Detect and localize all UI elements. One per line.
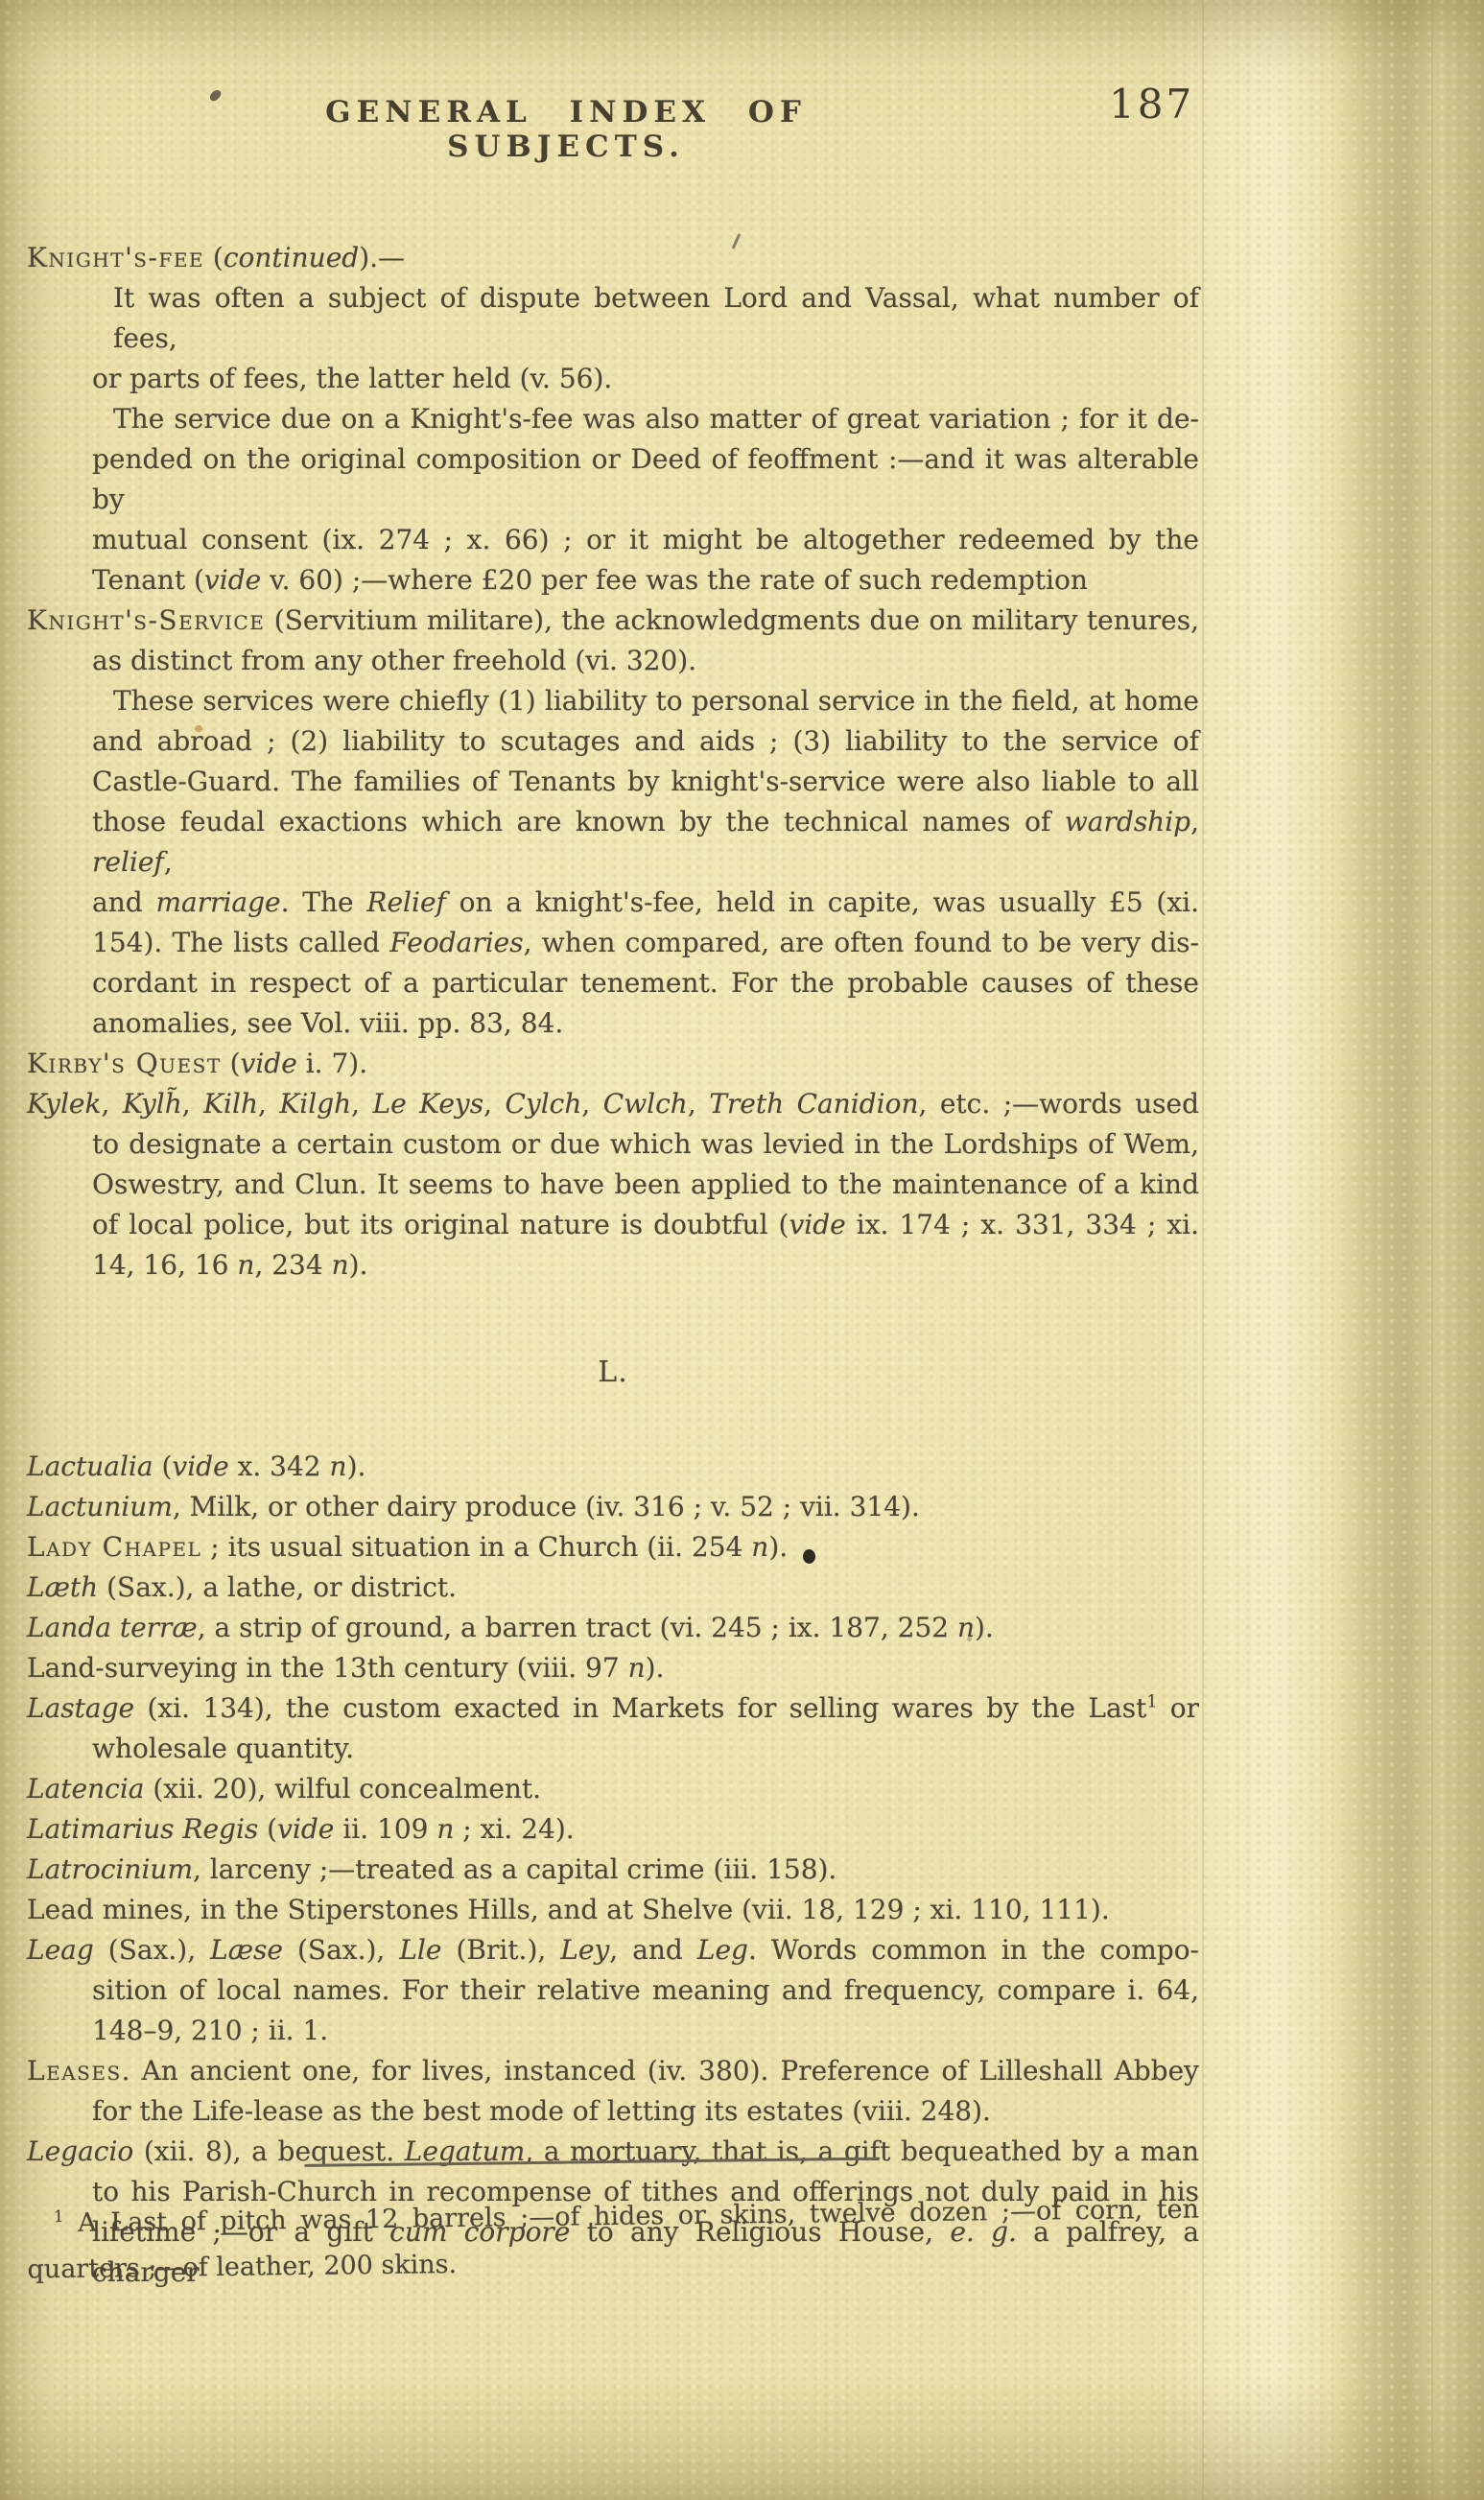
index-line: Land-surveying in the 13th century (viii… <box>27 1648 1199 1688</box>
index-line: Tenant (vide v. 60) ;—where £20 per fee … <box>27 560 1199 601</box>
text-segment: i. 7). <box>297 1048 367 1079</box>
text-segment: (xii. 20), wilful concealment. <box>144 1773 541 1804</box>
text-segment: , when compared, are often found to be v… <box>524 927 1199 958</box>
index-line: of local police, but its original nature… <box>27 1205 1199 1245</box>
text-segment: anomalies, see Vol. viii. pp. 83, 84. <box>92 1007 563 1039</box>
index-line: Latencia (xii. 20), wilful concealment. <box>27 1769 1199 1809</box>
text-segment: (xii. 8), a bequest. <box>133 2135 404 2167</box>
index-line: or parts of fees, the latter held (v. 56… <box>27 359 1199 399</box>
italic-text-segment: Cylch <box>505 1088 581 1120</box>
text-segment: , <box>101 1088 122 1120</box>
text-segment: mutual consent (ix. 274 ; x. 66) ; or it… <box>92 524 1199 555</box>
text-segment: Lead mines, in the Stiperstones Hills, a… <box>27 1894 1110 1925</box>
italic-text-segment: Kylh̃ <box>123 1088 182 1120</box>
index-line: cordant in respect of a particular tenem… <box>27 963 1199 1003</box>
text-segment: ( <box>204 242 224 273</box>
text-segment: ix. 174 ; x. 331, 334 ; xi. <box>846 1209 1199 1240</box>
text-segment: to designate a certain custom or due whi… <box>92 1128 1199 1160</box>
italic-text-segment: wardship <box>1065 806 1190 837</box>
text-segment: (Sax.), <box>94 1934 210 1966</box>
text-segment: It was often a subject of dispute betwee… <box>113 282 1199 354</box>
text-segment: or parts of fees, the latter held (v. 56… <box>92 363 612 394</box>
text-segment: ( <box>258 1813 277 1845</box>
page-number: 187 <box>1109 81 1194 128</box>
smallcaps-term-segment: Knight's-Service <box>27 604 265 636</box>
index-line: Leag (Sax.), Læse (Sax.), Lle (Brit.), L… <box>27 1930 1199 1970</box>
text-segment: , Milk, or other dairy produce (iv. 316 … <box>173 1491 920 1522</box>
index-line: and abroad ; (2) liability to scutages a… <box>27 721 1199 762</box>
text-segment: L. <box>598 1356 627 1389</box>
section-heading: L. <box>27 1353 1199 1393</box>
index-line: Læth (Sax.), a lathe, or district. <box>27 1568 1199 1608</box>
italic-text-segment: vide <box>277 1813 334 1845</box>
italic-text-segment: Lastage <box>27 1692 134 1724</box>
text-segment: ). <box>768 1531 788 1563</box>
italic-text-segment: vide <box>172 1450 228 1482</box>
index-line: Kirby's Quest (vide i. 7). <box>27 1044 1199 1084</box>
text-segment: , larceny ;—treated as a capital crime (… <box>193 1853 836 1885</box>
text-segment: Land-surveying in the 13th century (viii… <box>27 1652 628 1684</box>
italic-text-segment: Læth <box>27 1571 98 1603</box>
italic-text-segment: Lle <box>399 1934 441 1966</box>
text-segment: , <box>1190 806 1199 837</box>
text-segment: those feudal exactions which are known b… <box>92 806 1065 837</box>
italic-text-segment: n <box>751 1531 768 1563</box>
text-segment: , <box>351 1088 372 1120</box>
index-line: It was often a subject of dispute betwee… <box>27 278 1199 359</box>
ink-blob <box>803 1549 815 1564</box>
italic-text-segment: Le Keys <box>373 1088 484 1120</box>
italic-text-segment: n <box>436 1813 454 1845</box>
index-line: anomalies, see Vol. viii. pp. 83, 84. <box>27 1003 1199 1044</box>
index-text-block: Knight's-fee (continued).—It was often a… <box>27 238 1199 2293</box>
index-line: mutual consent (ix. 274 ; x. 66) ; or it… <box>27 520 1199 560</box>
index-line: The service due on a Knight's-fee was al… <box>27 399 1199 439</box>
text-segment: . Words common in the compo- <box>748 1934 1199 1966</box>
italic-text-segment: relief <box>92 846 164 878</box>
page-fold-crease <box>1202 0 1204 2500</box>
text-segment: Castle-Guard. The families of Tenants by… <box>92 766 1199 797</box>
text-segment: A Last of pitch was 12 barrels ;—of hide… <box>63 2195 1199 2238</box>
footnote-reference-mark: 1 <box>54 2206 64 2226</box>
index-line: Landa terræ, a strip of ground, a barren… <box>27 1608 1199 1648</box>
text-segment: (Sax.), a lathe, or district. <box>98 1571 457 1603</box>
text-segment: , a strip of ground, a barren tract (vi.… <box>198 1612 957 1643</box>
index-line: Knight's-Service (Servitium militare), t… <box>27 601 1199 641</box>
text-segment: , 234 <box>254 1249 331 1281</box>
text-segment: ). <box>975 1612 994 1643</box>
text-segment: , <box>182 1088 203 1120</box>
italic-text-segment: vide <box>241 1048 297 1079</box>
italic-text-segment: Latencia <box>27 1773 144 1804</box>
index-line: Oswestry, and Clun. It seems to have bee… <box>27 1165 1199 1205</box>
footnote: 1 A Last of pitch was 12 barrels ;—of hi… <box>26 2154 1200 2294</box>
italic-text-segment: Leg <box>697 1934 748 1966</box>
text-segment: as distinct from any other freehold (vi.… <box>92 645 696 676</box>
index-line: 154). The lists called Feodaries, when c… <box>27 923 1199 963</box>
text-segment: on a knight's-fee, held in capite, was u… <box>446 886 1199 918</box>
index-line: to designate a certain custom or due whi… <box>27 1124 1199 1165</box>
smallcaps-term-segment: Knight's-fee <box>27 242 204 273</box>
index-line: sition of local names. For their relativ… <box>27 1970 1199 2011</box>
index-line: 14, 16, 16 n, 234 n). <box>27 1245 1199 1285</box>
index-line: Lady Chapel ; its usual situation in a C… <box>27 1527 1199 1568</box>
text-segment: (Brit.), <box>441 1934 560 1966</box>
text-segment: These services were chiefly (1) liabilit… <box>113 685 1199 717</box>
index-line: Latrocinium, larceny ;—treated as a capi… <box>27 1850 1199 1890</box>
italic-text-segment: Kilgh <box>279 1088 351 1120</box>
index-line: 148–9, 210 ; ii. 1. <box>27 2011 1199 2051</box>
text-segment: , <box>483 1088 505 1120</box>
footnote-lines: 1 A Last of pitch was 12 barrels ;—of hi… <box>27 2187 1200 2294</box>
text-segment: , <box>164 846 173 878</box>
italic-text-segment: Cwlch <box>603 1088 688 1120</box>
italic-text-segment: Kylek <box>27 1088 101 1120</box>
ink-speck <box>208 88 223 104</box>
text-segment: (Sax.), <box>283 1934 399 1966</box>
index-line: Knight's-fee (continued).— <box>27 238 1199 278</box>
text-segment: , <box>581 1088 602 1120</box>
text-segment: ). <box>646 1652 665 1684</box>
text-segment: and abroad ; (2) liability to scutages a… <box>92 725 1199 757</box>
text-segment: wholesale quantity. <box>92 1733 354 1764</box>
text-segment: cordant in respect of a particular tenem… <box>92 967 1199 999</box>
smallcaps-term-segment: Kirby's Quest <box>27 1048 222 1079</box>
italic-text-segment: n <box>237 1249 254 1281</box>
italic-text-segment: marriage <box>155 886 280 918</box>
italic-text-segment: Lactunium <box>27 1491 173 1522</box>
italic-text-segment: vide <box>204 564 261 596</box>
footnote-reference-mark: 1 <box>1146 1693 1157 1712</box>
index-line: pended on the original composition or De… <box>27 439 1199 520</box>
text-segment: for the Life-lease as the best mode of l… <box>92 2095 991 2127</box>
text-segment: ( <box>153 1450 173 1482</box>
italic-text-segment: Treth Canidion <box>709 1088 918 1120</box>
index-line: These services were chiefly (1) liabilit… <box>27 681 1199 721</box>
italic-text-segment: Feodaries <box>389 927 523 958</box>
text-segment: and <box>92 886 155 918</box>
index-line: Latimarius Regis (vide ii. 109 n ; xi. 2… <box>27 1809 1199 1850</box>
smallcaps-term-segment: Leases <box>27 2055 122 2087</box>
text-segment: sition of local names. For their relativ… <box>92 1974 1199 2006</box>
text-segment: . The <box>281 886 367 918</box>
text-segment: ; xi. 24). <box>454 1813 574 1845</box>
italic-text-segment: Relief <box>366 886 446 918</box>
text-segment: v. 60) ;—where £20 per fee was the rate … <box>261 564 1088 596</box>
text-segment: x. 342 <box>229 1450 330 1482</box>
italic-text-segment: continued <box>224 242 359 273</box>
text-segment: 154). The lists called <box>92 927 389 958</box>
italic-text-segment: n <box>628 1652 646 1684</box>
italic-text-segment: n <box>332 1249 349 1281</box>
italic-text-segment: Læse <box>210 1934 283 1966</box>
index-line: for the Life-lease as the best mode of l… <box>27 2091 1199 2132</box>
text-segment: , <box>258 1088 279 1120</box>
page-fold-crease <box>1431 0 1433 2500</box>
italic-text-segment: Latrocinium <box>27 1853 193 1885</box>
italic-text-segment: Landa terræ <box>27 1612 198 1643</box>
italic-text-segment: Latimarius Regis <box>27 1813 258 1845</box>
index-line: as distinct from any other freehold (vi.… <box>27 641 1199 681</box>
text-segment: ii. 109 <box>334 1813 436 1845</box>
index-line: Lactualia (vide x. 342 n). <box>27 1447 1199 1487</box>
text-segment: Tenant ( <box>92 564 204 596</box>
text-segment: 14, 16, 16 <box>92 1249 237 1281</box>
smallcaps-term-segment: Lady Chapel <box>27 1531 201 1563</box>
text-segment: or <box>1157 1692 1199 1724</box>
index-line: Leases. An ancient one, for lives, insta… <box>27 2051 1199 2091</box>
text-segment: , and <box>609 1934 697 1966</box>
text-segment: Oswestry, and Clun. It seems to have bee… <box>92 1168 1199 1200</box>
italic-text-segment: Ley <box>560 1934 609 1966</box>
italic-text-segment: n <box>330 1450 347 1482</box>
text-segment: quarters ;—of leather, 200 skins. <box>27 2250 457 2284</box>
text-segment: The service due on a Knight's-fee was al… <box>113 403 1199 435</box>
text-segment: of local police, but its original nature… <box>92 1209 789 1240</box>
index-line: wholesale quantity. <box>27 1729 1199 1769</box>
index-line: Lead mines, in the Stiperstones Hills, a… <box>27 1890 1199 1930</box>
index-line: Lastage (xi. 134), the custom exacted in… <box>27 1688 1199 1729</box>
text-segment: . An ancient one, for lives, instanced (… <box>122 2055 1199 2087</box>
index-line: Kylek, Kylh̃, Kilh, Kilgh, Le Keys, Cylc… <box>27 1084 1199 1124</box>
index-line: and marriage. The Relief on a knight's-f… <box>27 883 1199 923</box>
text-segment: 148–9, 210 ; ii. 1. <box>92 2015 328 2046</box>
italic-text-segment: vide <box>789 1209 845 1240</box>
text-segment: ( <box>222 1048 241 1079</box>
text-segment: ). <box>347 1450 366 1482</box>
italic-text-segment: Leag <box>27 1934 94 1966</box>
text-segment: , etc. ;—words used <box>918 1088 1199 1120</box>
book-page: GENERAL INDEX OF SUBJECTS. 187 Knight's-… <box>0 0 1484 2500</box>
text-segment: pended on the original composition or De… <box>92 443 1199 515</box>
index-line: those feudal exactions which are known b… <box>27 802 1199 883</box>
text-segment: ; its usual situation in a Church (ii. 2… <box>201 1531 751 1563</box>
index-line: Castle-Guard. The families of Tenants by… <box>27 762 1199 802</box>
italic-text-segment: Lactualia <box>27 1450 153 1482</box>
page-header: GENERAL INDEX OF SUBJECTS. <box>230 95 902 164</box>
index-line: Lactunium, Milk, or other dairy produce … <box>27 1487 1199 1527</box>
italic-text-segment: Legacio <box>27 2135 133 2167</box>
text-segment: ). <box>349 1249 368 1281</box>
italic-text-segment: n <box>957 1612 975 1643</box>
text-segment: ).— <box>359 242 405 273</box>
text-segment: (xi. 134), the custom exacted in Markets… <box>134 1692 1146 1724</box>
text-segment: , <box>688 1088 709 1120</box>
italic-text-segment: Kilh <box>203 1088 258 1120</box>
text-segment: (Servitium militare), the acknowledgment… <box>265 604 1199 636</box>
